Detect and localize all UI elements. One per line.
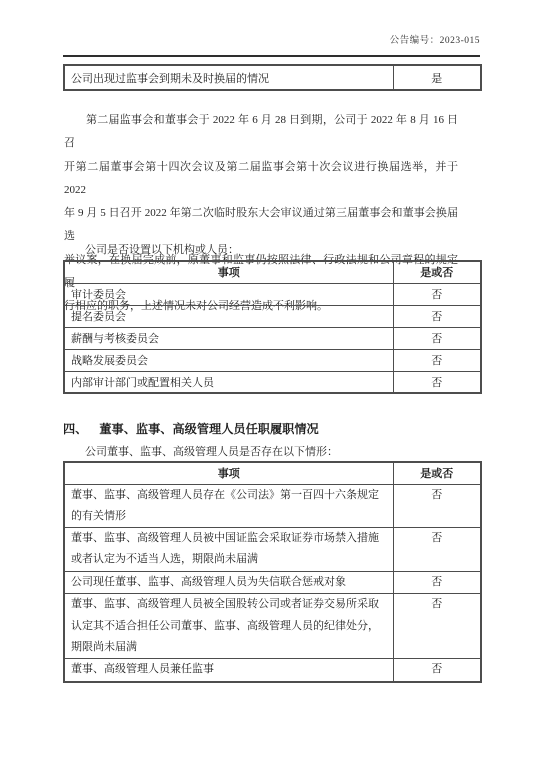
item-cell: 提名委员会 xyxy=(64,305,393,327)
value-cell: 否 xyxy=(393,659,481,682)
item-cell: 董事、高级管理人员兼任监事 xyxy=(64,659,393,682)
item-cell: 公司出现过监事会到期未及时换届的情况 xyxy=(64,65,393,90)
table-row: 薪酬与考核委员会 否 xyxy=(64,327,481,349)
table-row: 公司现任董事、监事、高级管理人员为失信联合惩戒对象 否 xyxy=(64,572,481,594)
table-row: 提名委员会 否 xyxy=(64,305,481,327)
value-cell: 否 xyxy=(393,484,481,528)
item-cell: 战略发展委员会 xyxy=(64,349,393,371)
value-cell: 否 xyxy=(393,572,481,594)
situations-table-label: 公司董事、监事、高级管理人员是否存在以下情形： xyxy=(85,445,338,459)
value-cell: 是 xyxy=(393,65,481,90)
table-row: 审计委员会 否 xyxy=(64,283,481,305)
item-cell: 董事、监事、高级管理人员被全国股转公司或者证券交易所采取认定其不适合担任公司董事… xyxy=(64,594,393,659)
paragraph-line: 第二届监事会和董事会于 2022 年 6 月 28 日到期，公司于 2022 年… xyxy=(64,109,458,156)
section-title: 董事、监事、高级管理人员任职履职情况 xyxy=(99,422,318,436)
item-cell: 董事、监事、高级管理人员被中国证监会采取证券市场禁入措施或者认定为不适当人选，期… xyxy=(64,528,393,572)
value-cell: 否 xyxy=(393,327,481,349)
table-row: 董事、监事、高级管理人员被中国证监会采取证券市场禁入措施或者认定为不适当人选，期… xyxy=(64,528,481,572)
item-cell: 董事、监事、高级管理人员存在《公司法》第一百四十六条规定的有关情形 xyxy=(64,484,393,528)
table-row: 董事、高级管理人员兼任监事 否 xyxy=(64,659,481,682)
item-cell: 审计委员会 xyxy=(64,283,393,305)
table-row: 内部审计部门或配置相关人员 否 xyxy=(64,371,481,393)
orgs-table: 事项 是或否 审计委员会 否 提名委员会 否 薪酬与考核委员会 否 xyxy=(63,260,482,394)
value-cell: 否 xyxy=(393,528,481,572)
table-header-row: 事项 是或否 xyxy=(64,462,481,484)
item-cell: 内部审计部门或配置相关人员 xyxy=(64,371,393,393)
paragraph-line: 年 9 月 5 日召开 2022 年第二次临时股东大会审议通过第三届董事会和董事… xyxy=(64,202,458,249)
situations-table: 事项 是或否 董事、监事、高级管理人员存在《公司法》第一百四十六条规定的有关情形… xyxy=(63,461,482,683)
item-cell: 薪酬与考核委员会 xyxy=(64,327,393,349)
paragraph-line: 开第二届董事会第十四次会议及第二届监事会第十次会议进行换届选举，并于 2022 xyxy=(64,156,458,203)
value-cell: 否 xyxy=(393,371,481,393)
section-number: 四、 xyxy=(63,422,87,436)
value-cell: 否 xyxy=(393,305,481,327)
header-divider xyxy=(63,55,480,57)
table-header-row: 事项 是或否 xyxy=(64,261,481,283)
section-heading: 四、董事、监事、高级管理人员任职履职情况 xyxy=(63,422,319,437)
carryover-table: 公司出现过监事会到期未及时换届的情况 是 xyxy=(63,64,482,91)
yesno-header-cell: 是或否 xyxy=(393,462,481,484)
item-header-cell: 事项 xyxy=(64,261,393,283)
table-row: 战略发展委员会 否 xyxy=(64,349,481,371)
value-cell: 否 xyxy=(393,349,481,371)
document-page: 公告编号：2023-015 公司出现过监事会到期未及时换届的情况 是 第二届监事… xyxy=(0,0,545,771)
table-row: 董事、监事、高级管理人员存在《公司法》第一百四十六条规定的有关情形 否 xyxy=(64,484,481,528)
item-cell: 公司现任董事、监事、高级管理人员为失信联合惩戒对象 xyxy=(64,572,393,594)
yesno-header-cell: 是或否 xyxy=(393,261,481,283)
item-header-cell: 事项 xyxy=(64,462,393,484)
table-row: 董事、监事、高级管理人员被全国股转公司或者证券交易所采取认定其不适合担任公司董事… xyxy=(64,594,481,659)
notice-number: 公告编号：2023-015 xyxy=(390,35,480,48)
table-row: 公司出现过监事会到期未及时换届的情况 是 xyxy=(64,65,481,90)
value-cell: 否 xyxy=(393,283,481,305)
orgs-table-label: 公司是否设置以下机构或人员： xyxy=(85,243,239,257)
value-cell: 否 xyxy=(393,594,481,659)
